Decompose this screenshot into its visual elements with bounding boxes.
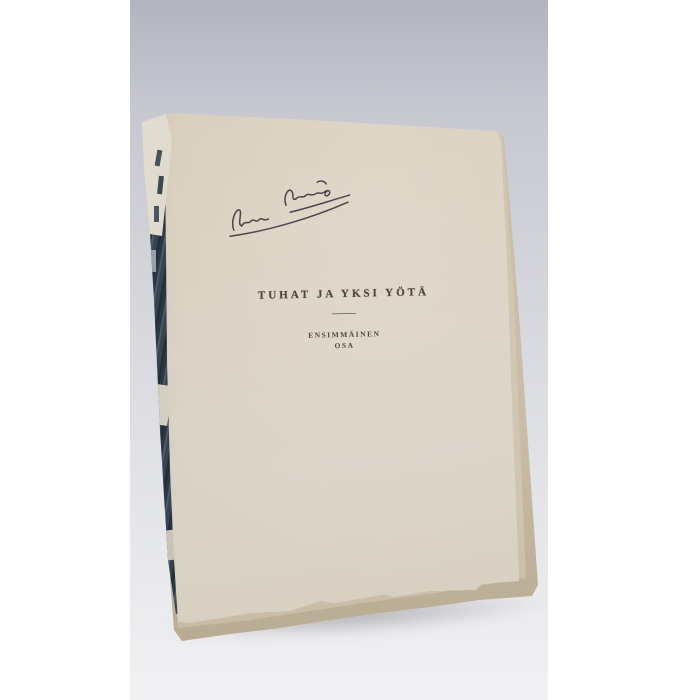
title-divider-row: — bbox=[166, 305, 522, 320]
signature-stroke bbox=[317, 181, 326, 184]
signature-stroke bbox=[232, 210, 242, 230]
title-divider-rule: — bbox=[332, 311, 356, 318]
signature-stroke bbox=[296, 191, 330, 199]
spine-fragment bbox=[154, 206, 159, 222]
signature-stroke bbox=[285, 190, 296, 205]
photo-background: TUHAT JA YKSI YÖTÄ — ENSIMMÄINEN OSA bbox=[130, 0, 548, 700]
signature-underline-flourish bbox=[229, 202, 349, 236]
signature-stroke bbox=[241, 218, 268, 225]
spine-paper-remnant bbox=[146, 250, 156, 272]
title-block: TUHAT JA YKSI YÖTÄ — ENSIMMÄINEN OSA bbox=[165, 284, 522, 353]
handwritten-signature bbox=[221, 169, 368, 240]
